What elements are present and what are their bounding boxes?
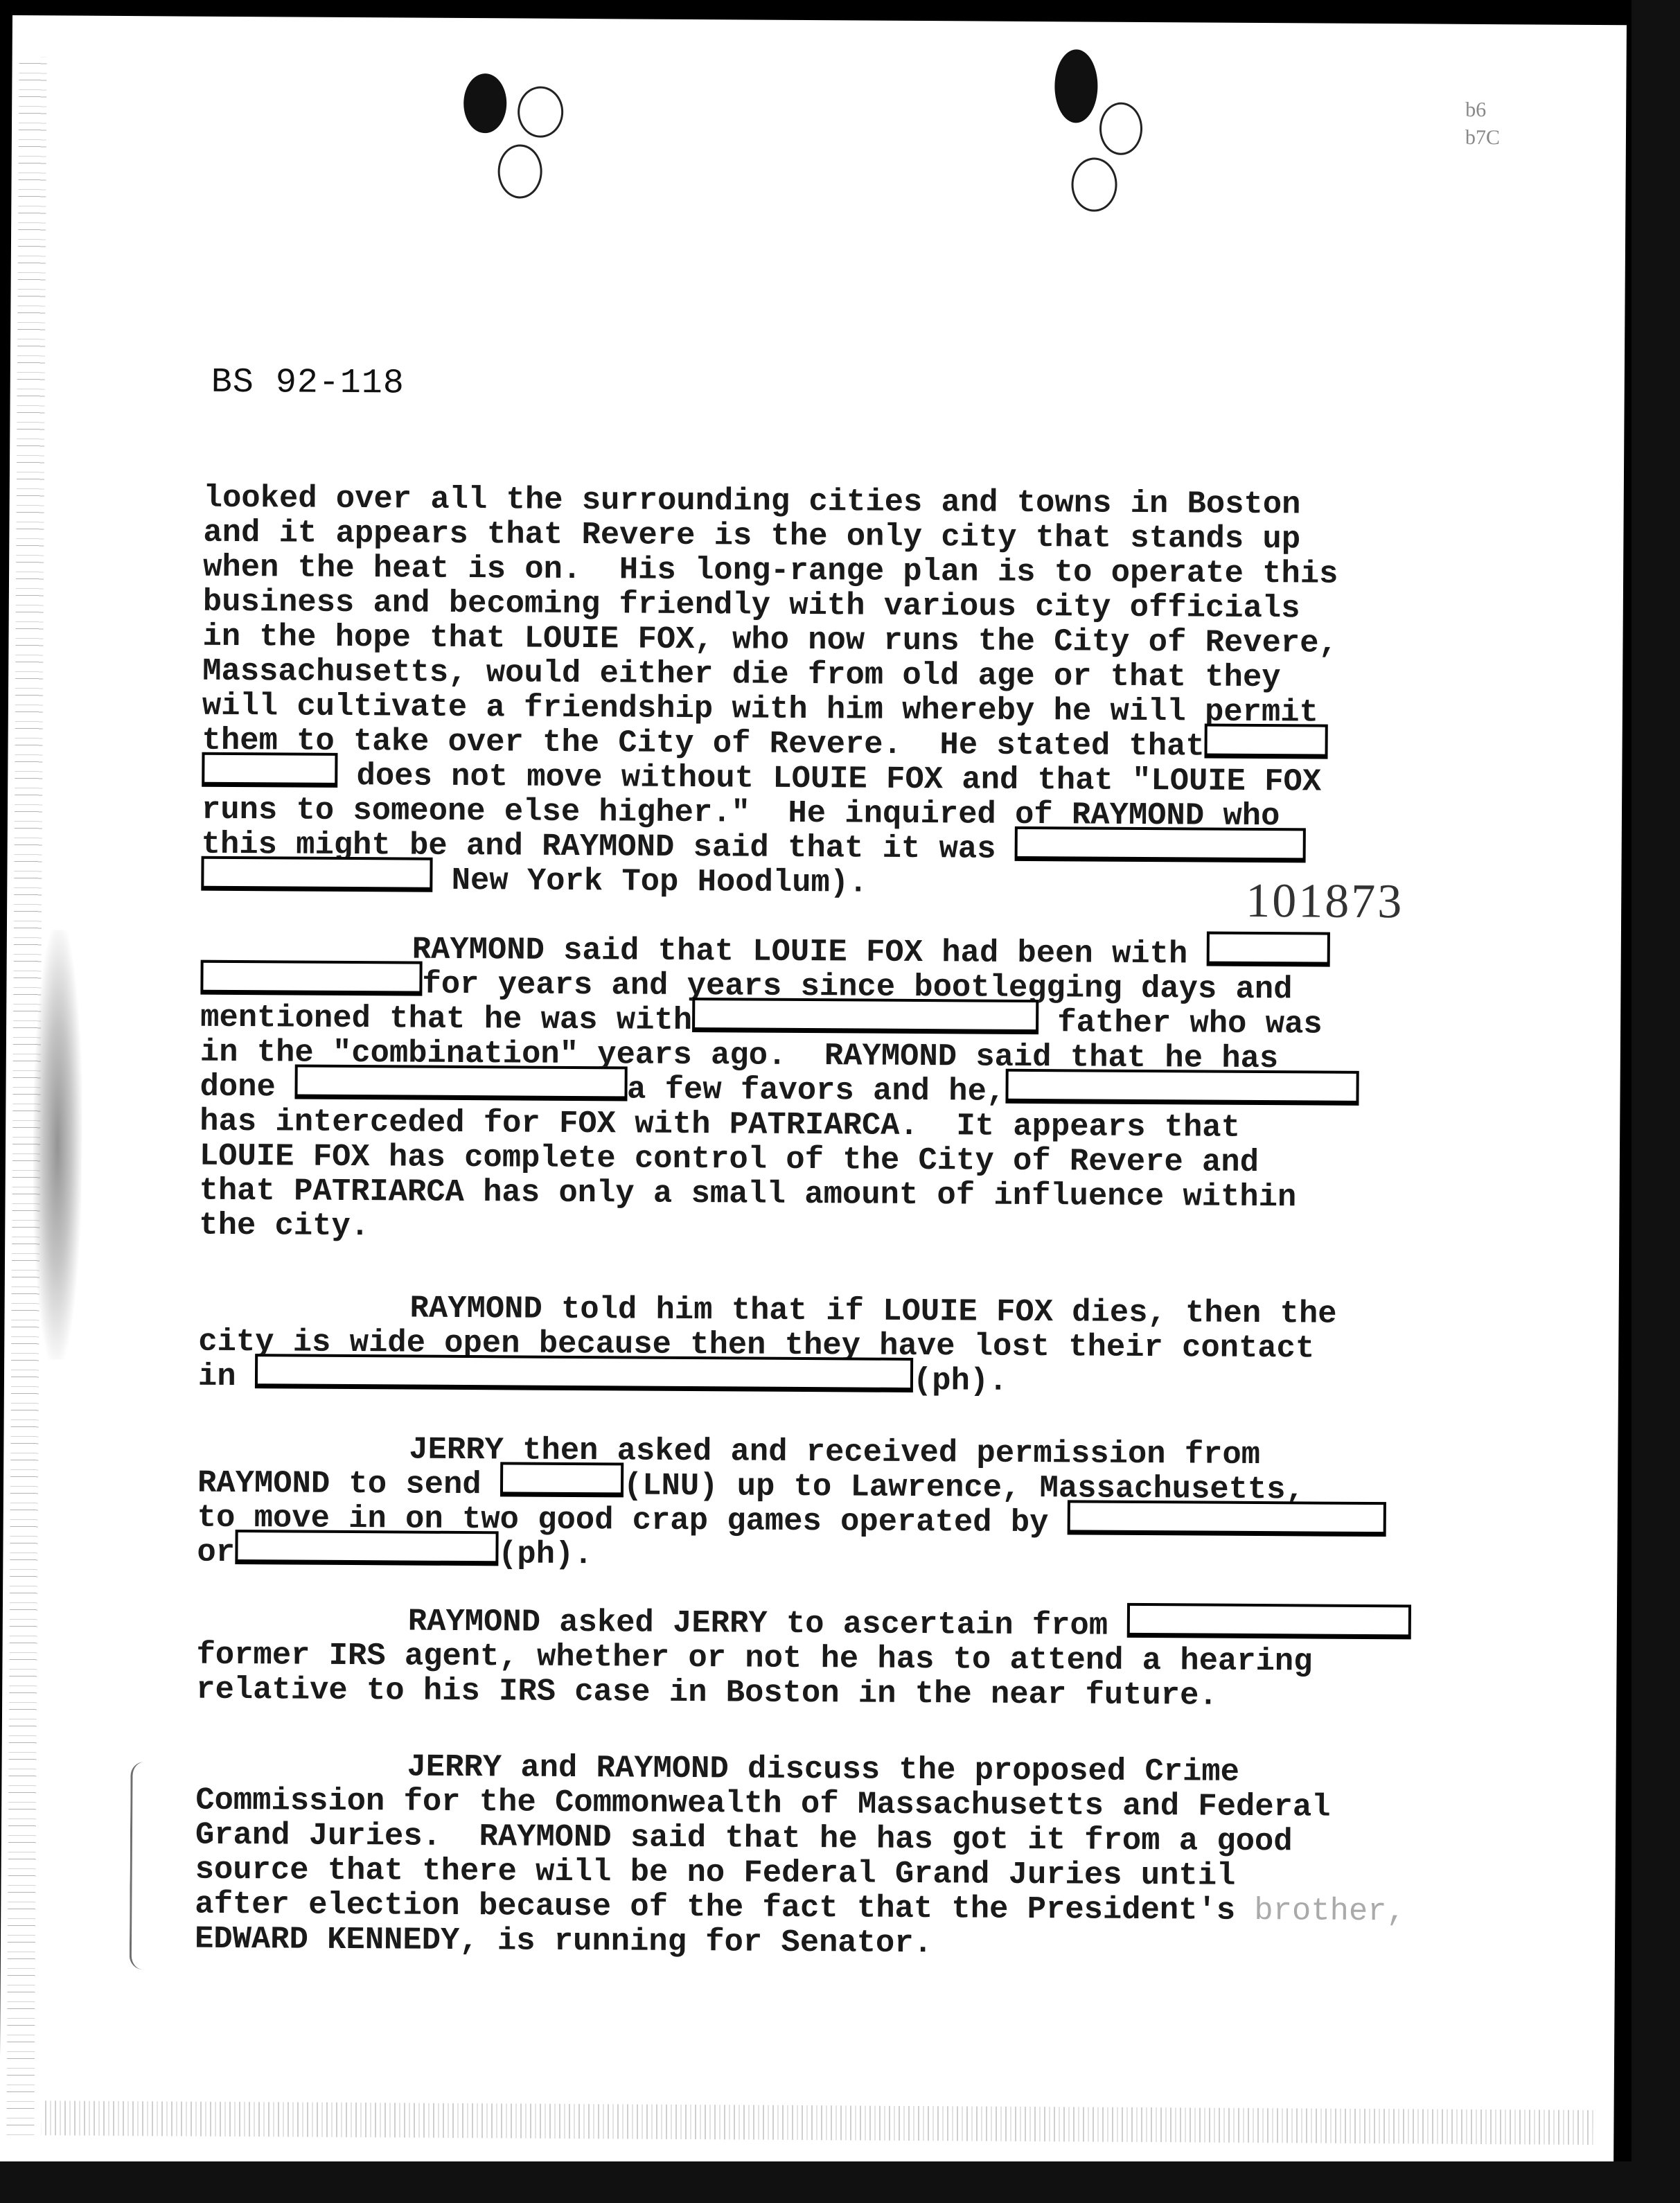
paragraph: JERRY then asked and received permission…: [197, 1431, 1386, 1577]
scan-border-bottom: [0, 2161, 1680, 2203]
paragraph: JERRY and RAYMOND discuss the proposed C…: [195, 1749, 1406, 1964]
paragraph: RAYMOND said that LOUIE FOX had been wit…: [199, 931, 1359, 1250]
redaction-box: [235, 1530, 498, 1566]
punch-hole: [518, 86, 563, 137]
paragraph-indent: [201, 957, 412, 958]
punch-hole: [1071, 157, 1117, 211]
scan-smudge: [32, 930, 83, 1359]
text-line: the city.: [199, 1208, 1358, 1250]
exemption-code: b6: [1465, 96, 1500, 124]
text-segment: EDWARD KENNEDY, is running for Senator.: [195, 1921, 932, 1962]
text-segment: the city.: [199, 1207, 369, 1245]
redaction-box: [692, 998, 1038, 1034]
paragraph-indent: [195, 1774, 407, 1776]
document-body: looked over all the surrounding cities a…: [12, 15, 1627, 25]
text-line: New York Top Hoodlum).: [201, 862, 1336, 903]
paragraph: looked over all the surrounding cities a…: [201, 481, 1338, 903]
redaction-box: [201, 856, 432, 892]
paragraph: RAYMOND told him that if LOUIE FOX dies,…: [198, 1290, 1337, 1401]
punch-hole-filled: [1054, 49, 1098, 123]
redaction-box: [1206, 932, 1329, 967]
text-line: or(ph).: [197, 1535, 1386, 1577]
text-segment: done: [200, 1069, 294, 1106]
redaction-box: [1005, 1069, 1359, 1106]
text-segment: in: [198, 1359, 255, 1395]
scan-border-right: [1632, 0, 1680, 2203]
text-segment: mentioned that he was with: [200, 1000, 692, 1038]
margin-mark: [130, 1762, 161, 1970]
exemption-codes: b6 b7C: [1465, 96, 1501, 152]
redaction-box: [1126, 1603, 1411, 1640]
redaction-box: [1015, 826, 1306, 863]
text-segment: (ph).: [498, 1536, 593, 1573]
text-segment: RAYMOND asked JERRY to ascertain from: [408, 1604, 1127, 1644]
redaction-box: [1205, 724, 1328, 759]
text-segment: (ph).: [913, 1363, 1008, 1399]
paragraph-indent: [197, 1629, 408, 1630]
redaction-box: [200, 960, 422, 996]
paragraph-indent: [199, 1316, 410, 1317]
text-line: EDWARD KENNEDY, is running for Senator.: [195, 1922, 1406, 1964]
text-segment: relative to his IRS case in Boston in th…: [196, 1672, 1218, 1714]
text-segment: a few favors and he,: [627, 1071, 1005, 1109]
redaction-box: [255, 1354, 913, 1392]
paragraph-indent: [197, 1457, 409, 1458]
text-segment: New York Top Hoodlum).: [432, 862, 867, 901]
document-page: b6 b7C BS 92-118 101873 looked over all …: [0, 15, 1627, 2179]
paragraph: RAYMOND asked JERRY to ascertain from fo…: [196, 1603, 1411, 1715]
exemption-code: b7C: [1465, 124, 1500, 152]
redaction-box: [500, 1462, 624, 1497]
text-segment: father who was: [1038, 1005, 1323, 1043]
text-segment: brother,: [1254, 1893, 1406, 1929]
redaction-box: [294, 1065, 627, 1101]
text-segment: RAYMOND to send: [197, 1465, 500, 1503]
text-line: relative to his IRS case in Boston in th…: [196, 1672, 1411, 1715]
redaction-box: [202, 752, 337, 788]
scan-noise-bottom: [41, 2100, 1593, 2145]
file-number: BS 92-118: [211, 363, 405, 404]
text-line: in (ph).: [198, 1359, 1336, 1401]
redaction-box: [1068, 1500, 1386, 1537]
punch-hole: [1099, 103, 1142, 155]
punch-hole: [497, 144, 542, 198]
punch-hole-filled: [463, 73, 507, 133]
text-segment: or: [197, 1534, 235, 1571]
